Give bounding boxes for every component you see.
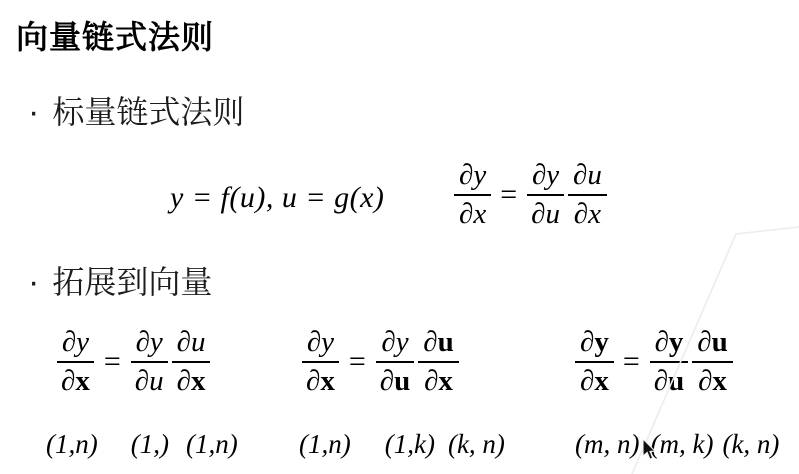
numerator: ∂u <box>418 326 458 363</box>
numerator: ∂y <box>575 326 614 363</box>
fraction: ∂y ∂u <box>130 326 169 399</box>
numerator: ∂y <box>376 326 413 363</box>
fraction: ∂y ∂u <box>526 159 565 232</box>
denominator: ∂x <box>575 363 614 398</box>
partial-symbol: ∂ <box>424 365 438 397</box>
variable: u <box>587 159 602 191</box>
dimension-label: (1,n) <box>46 429 98 460</box>
variable: x <box>438 365 453 397</box>
denominator: ∂x <box>569 196 606 231</box>
bullet-item-scalar-chain-rule: · 标量链式法则 <box>28 92 244 132</box>
variable: y <box>473 159 486 191</box>
partial-symbol: ∂ <box>62 326 76 358</box>
partial-symbol: ∂ <box>580 365 594 397</box>
partial-symbol: ∂ <box>423 326 437 358</box>
fraction: ∂y ∂x <box>56 326 95 399</box>
variable: x <box>320 365 335 397</box>
dimension-label: (m, k) <box>650 429 713 460</box>
fraction: ∂y ∂u <box>649 326 689 399</box>
partial-symbol: ∂ <box>532 159 546 191</box>
denominator: ∂x <box>419 363 458 398</box>
partial-symbol: ∂ <box>697 326 711 358</box>
fraction: ∂u ∂x <box>692 326 732 399</box>
partial-symbol: ∂ <box>61 365 75 397</box>
vector-equation-3: ∂y ∂x = ∂y ∂u ∂u ∂x <box>575 326 733 399</box>
partial-symbol: ∂ <box>177 326 191 358</box>
numerator: ∂u <box>568 159 607 196</box>
equals-sign: = <box>500 178 517 212</box>
partial-symbol: ∂ <box>135 365 149 397</box>
annotation-stroke <box>0 0 799 474</box>
scalar-definitions: y = f(u), u = g(x) <box>170 181 384 215</box>
variable: y <box>546 159 559 191</box>
partial-symbol: ∂ <box>380 365 394 397</box>
variable: u <box>394 365 410 397</box>
dimension-row-3: (m, n) (m, k) (k, n) <box>575 429 779 460</box>
denominator: ∂u <box>130 363 169 398</box>
partial-symbol: ∂ <box>698 365 712 397</box>
variable: u <box>668 365 684 397</box>
variable: y <box>150 326 163 358</box>
variable: y <box>396 326 409 358</box>
variable: y <box>76 326 89 358</box>
denominator: ∂x <box>172 363 211 398</box>
scalar-equation: ∂y ∂x = ∂y ∂u ∂u ∂x <box>454 159 607 232</box>
denominator: ∂x <box>454 196 491 231</box>
partial-symbol: ∂ <box>655 326 669 358</box>
equals-sign: = <box>104 345 121 379</box>
bullet-item-extend-to-vector: · 拓展到向量 <box>28 262 212 302</box>
variable: y <box>321 326 334 358</box>
denominator: ∂x <box>301 363 340 398</box>
partial-symbol: ∂ <box>177 365 191 397</box>
variable: x <box>75 365 90 397</box>
denominator: ∂u <box>649 363 689 398</box>
numerator: ∂y <box>131 326 168 363</box>
slide: 向量链式法则 · 标量链式法则 y = f(u), u = g(x) ∂y ∂x… <box>0 0 799 474</box>
fraction: ∂y ∂x <box>301 326 340 399</box>
variable: x <box>588 198 601 230</box>
numerator: ∂y <box>454 159 491 196</box>
numerator: ∂y <box>302 326 339 363</box>
dimension-row-1: (1,n) (1,) (1,n) <box>46 429 238 460</box>
partial-symbol: ∂ <box>459 198 473 230</box>
fraction: ∂u ∂x <box>418 326 458 399</box>
variable: u <box>545 198 560 230</box>
denominator: ∂u <box>375 363 415 398</box>
partial-symbol: ∂ <box>307 326 321 358</box>
dimension-label: (k, n) <box>722 429 779 460</box>
variable: x <box>191 365 206 397</box>
fraction: ∂u ∂x <box>172 326 211 399</box>
numerator: ∂y <box>527 159 564 196</box>
numerator: ∂u <box>172 326 211 363</box>
dimension-label: (1,k) <box>385 429 435 460</box>
dimension-label: (1,n) <box>299 429 351 460</box>
fraction: ∂y ∂x <box>575 326 614 399</box>
partial-symbol: ∂ <box>654 365 668 397</box>
fraction: ∂u ∂x <box>568 159 607 232</box>
variable: u <box>149 365 164 397</box>
page-title: 向量链式法则 <box>16 12 214 58</box>
fraction: ∂y ∂x <box>454 159 491 232</box>
dimension-label: (m, n) <box>575 429 639 460</box>
dimension-label: (k, n) <box>448 429 505 460</box>
partial-symbol: ∂ <box>306 365 320 397</box>
vector-equation-2: ∂y ∂x = ∂y ∂u ∂u ∂x <box>301 326 459 399</box>
partial-symbol: ∂ <box>574 198 588 230</box>
dimension-label: (1,n) <box>186 429 238 460</box>
denominator: ∂x <box>693 363 732 398</box>
partial-symbol: ∂ <box>459 159 473 191</box>
variable: x <box>594 365 609 397</box>
dimension-row-2: (1,n) (1,k) (k, n) <box>299 429 505 460</box>
variable: u <box>438 326 454 358</box>
variable: y <box>594 326 609 358</box>
numerator: ∂y <box>650 326 689 363</box>
variable: u <box>191 326 206 358</box>
partial-symbol: ∂ <box>531 198 545 230</box>
denominator: ∂x <box>56 363 95 398</box>
numerator: ∂u <box>692 326 732 363</box>
variable: x <box>473 198 486 230</box>
partial-symbol: ∂ <box>136 326 150 358</box>
variable: u <box>712 326 728 358</box>
partial-symbol: ∂ <box>580 326 594 358</box>
equals-sign: = <box>623 345 640 379</box>
vector-equation-1: ∂y ∂x = ∂y ∂u ∂u ∂x <box>56 326 210 399</box>
bullet-label: 标量链式法则 <box>52 92 244 132</box>
dimension-label: (1,) <box>131 429 169 460</box>
numerator: ∂y <box>57 326 94 363</box>
bullet-marker: · <box>28 265 39 299</box>
variable: x <box>712 365 727 397</box>
equals-sign: = <box>349 345 366 379</box>
bullet-marker: · <box>28 95 39 129</box>
bullet-label: 拓展到向量 <box>52 262 212 302</box>
partial-symbol: ∂ <box>573 159 587 191</box>
denominator: ∂u <box>526 196 565 231</box>
partial-symbol: ∂ <box>381 326 395 358</box>
variable: y <box>669 326 684 358</box>
fraction: ∂y ∂u <box>375 326 415 399</box>
